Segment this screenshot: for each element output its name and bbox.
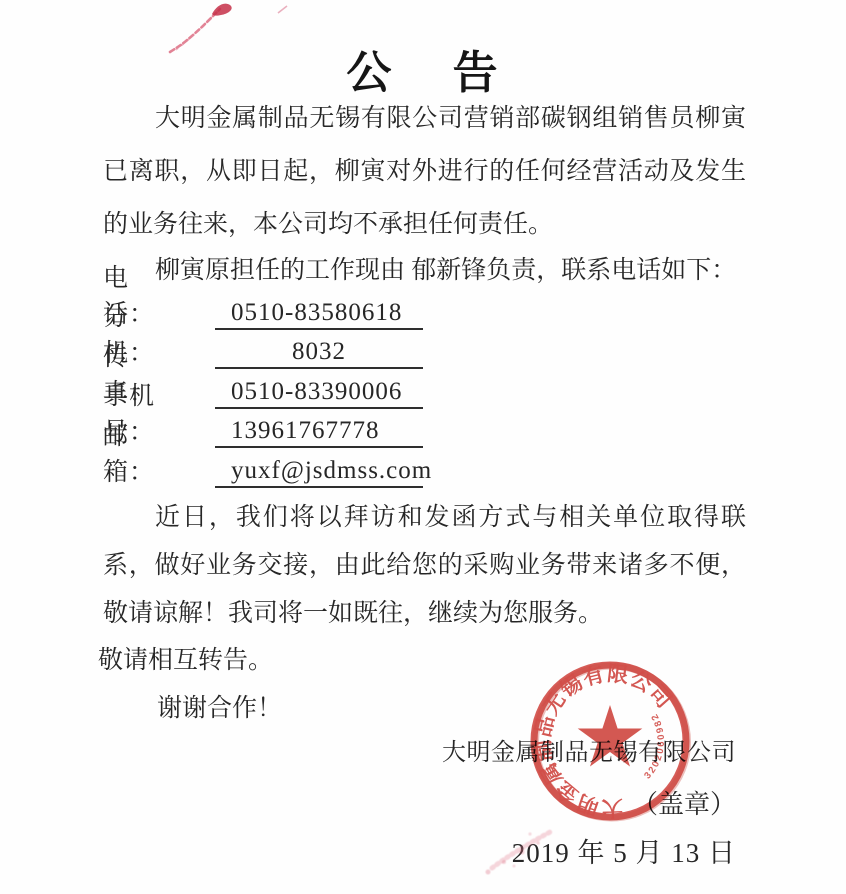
- paragraph-resignation-notice: 大明金属制品无锡有限公司营销部碳钢组销售员柳寅已离职，从即日起，柳寅对外进行的任…: [103, 92, 746, 251]
- contact-value: yuxf@jsdmss.com: [215, 457, 423, 488]
- paragraph-apology: 近日，我们将以拜访和发函方式与相关单位取得联系，做好业务交接，由此给您的采购业务…: [103, 494, 746, 638]
- contact-list: 电 话： 0510-83580618 分 机： 8032 传 真： 0510-8…: [103, 290, 746, 488]
- contact-value: 8032: [215, 338, 423, 369]
- contact-value: 0510-83390006: [215, 378, 423, 409]
- seal-smudge: [474, 806, 614, 886]
- contact-value: 0510-83580618: [215, 299, 423, 330]
- contact-row-email: 邮 箱： yuxf@jsdmss.com: [103, 448, 746, 488]
- svg-text:3202060982: 3202060982: [642, 710, 667, 781]
- contact-label: 邮 箱：: [103, 416, 205, 488]
- company-seal: 大明金属制品无锡有限公司 3202060982: [521, 652, 699, 830]
- seal-star-icon: [578, 705, 643, 767]
- seal-serial-number: 3202060982: [642, 710, 667, 781]
- contact-value: 13961767778: [215, 417, 423, 448]
- scanned-announcement-page: 公 告 大明金属制品无锡有限公司营销部碳钢组销售员柳寅已离职，从即日起，柳寅对外…: [0, 0, 846, 894]
